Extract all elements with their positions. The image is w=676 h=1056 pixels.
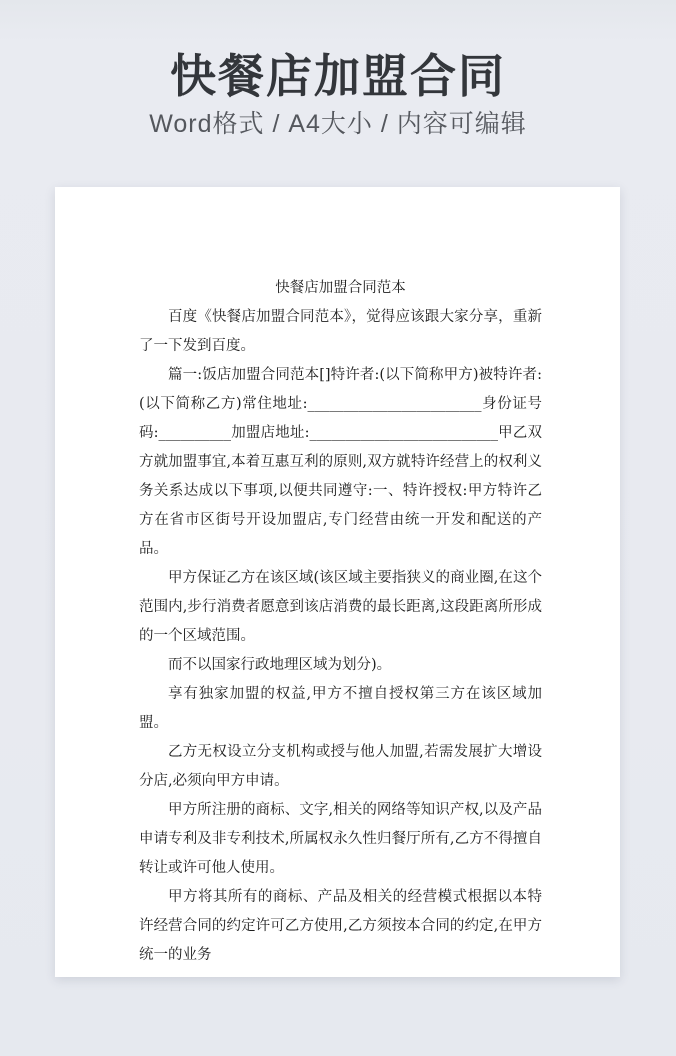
document-paragraph: 篇一:饭店加盟合同范本[]特许者:(以下简称甲方)被特许者:(以下简称乙方)常住… (139, 361, 542, 564)
document-page: 快餐店加盟合同范本 百度《快餐店加盟合同范本》，觉得应该跟大家分享，重新了一下发… (55, 187, 620, 977)
document-paragraph: 百度《快餐店加盟合同范本》，觉得应该跟大家分享，重新了一下发到百度。 (139, 303, 542, 361)
preview-header: 快餐店加盟合同 Word格式 / A4大小 / 内容可编辑 (0, 0, 676, 138)
document-paragraph: 甲方所注册的商标、文字,相关的网络等知识产权,以及产品申请专利及非专利技术,所属… (139, 796, 542, 883)
document-paragraph: 甲方保证乙方在该区域(该区域主要指狭义的商业圈,在这个范围内,步行消费者愿意到该… (139, 564, 542, 651)
document-paragraph: 甲方将其所有的商标、产品及相关的经营模式根据以本特许经营合同的约定许可乙方使用,… (139, 883, 542, 970)
document-paragraph: 而不以国家行政地理区域为划分)。 (139, 651, 542, 680)
document-title: 快餐店加盟合同范本 (139, 274, 542, 303)
document-paragraph: 乙方无权设立分支机构或授与他人加盟,若需发展扩大增设分店,必须向甲方申请。 (139, 738, 542, 796)
page-subtitle: Word格式 / A4大小 / 内容可编辑 (0, 110, 676, 138)
document-paragraph: 享有独家加盟的权益,甲方不擅自授权第三方在该区域加盟。 (139, 680, 542, 738)
document-body: 百度《快餐店加盟合同范本》，觉得应该跟大家分享，重新了一下发到百度。篇一:饭店加… (139, 303, 542, 970)
page-title: 快餐店加盟合同 (0, 50, 676, 102)
